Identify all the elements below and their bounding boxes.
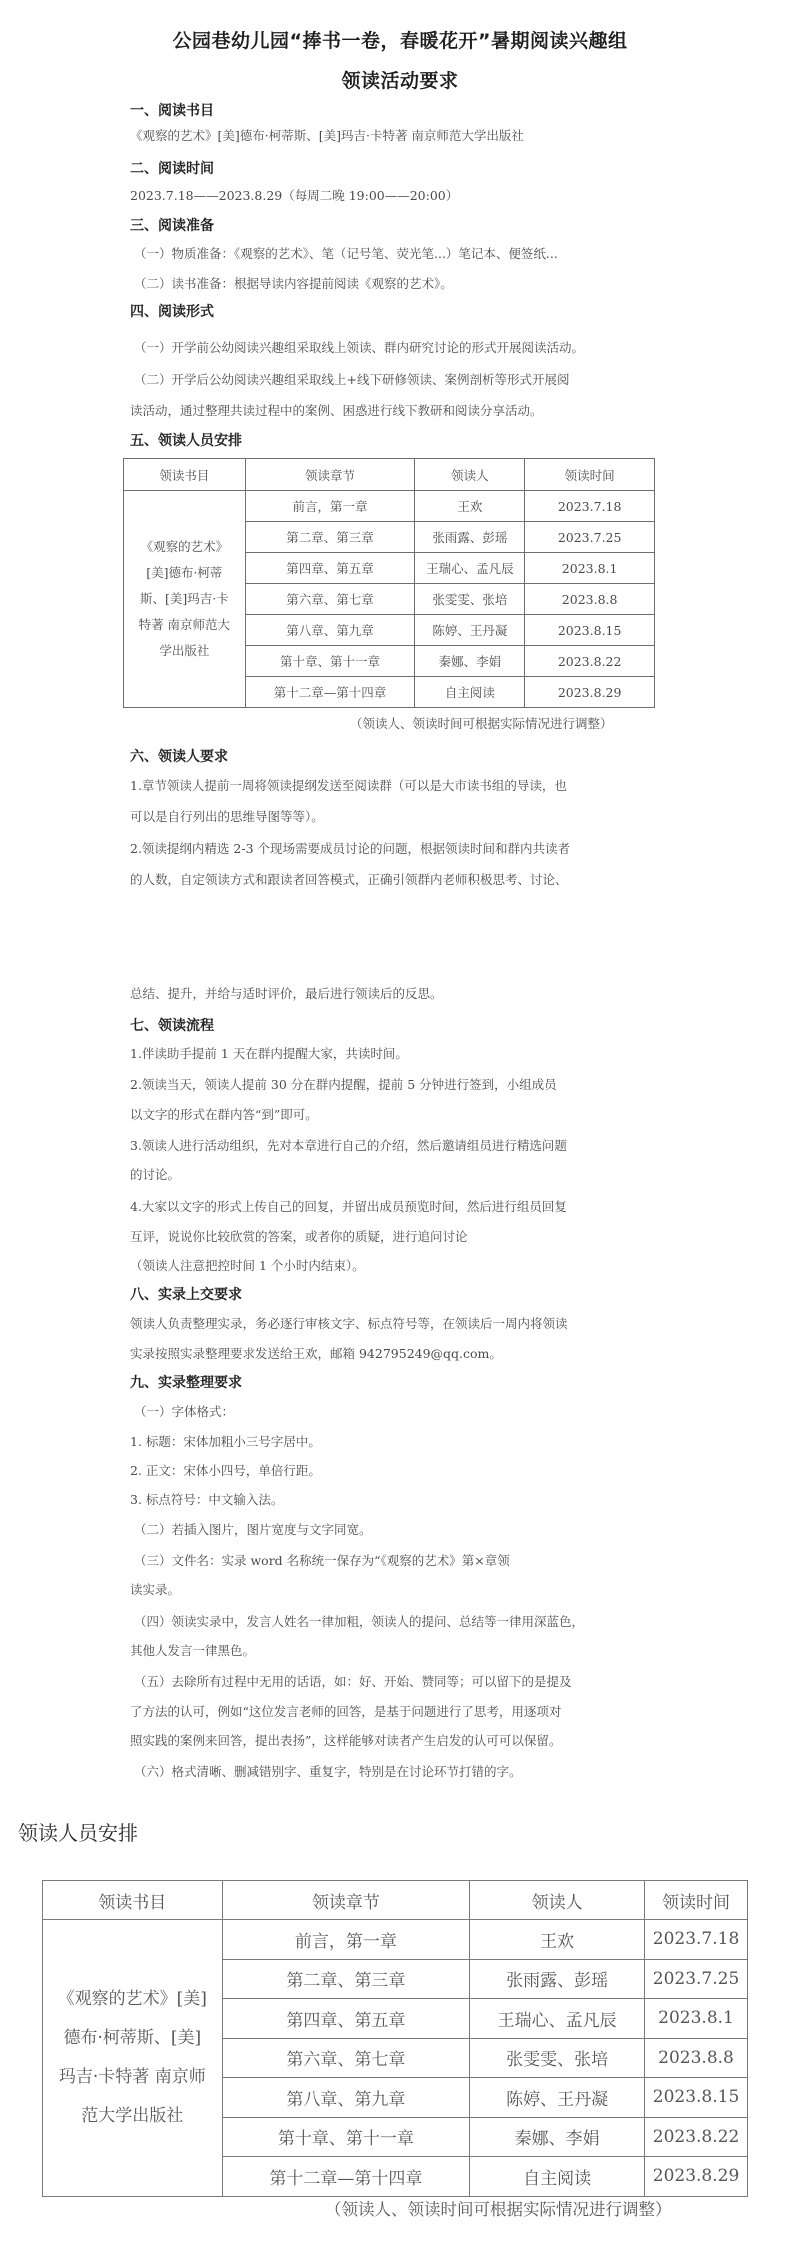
chapter-cell: 第二章、第三章 (222, 1959, 470, 1999)
leader-requirement-line: 总结、提升，并给与适时评价，最后进行领读后的反思。 (130, 984, 670, 1002)
leader-requirement-line: 可以是自行列出的思维导图等等）。 (130, 807, 670, 825)
reader-cell: 王瑞心、孟凡辰 (470, 1999, 645, 2039)
reader-cell: 张雨露、彭瑶 (415, 522, 525, 553)
reader-cell: 陈婷、王丹凝 (415, 615, 525, 646)
chapter-cell: 第十二章—第十四章 (222, 2157, 470, 2197)
date-cell: 2023.8.15 (525, 615, 655, 646)
table-header-row: 领读书目 领读章节 领读人 领读时间 (43, 1881, 748, 1920)
document-title-line1: 公园巷幼儿园“捧书一卷，春暖花开”暑期阅读兴趣组 (0, 26, 800, 53)
section-heading-booklist: 一、阅读书目 (130, 100, 214, 120)
formatting-line: 1. 标题：宋体加粗小三号字居中。 (130, 1432, 670, 1450)
chapter-cell: 第六章、第七章 (245, 584, 415, 615)
chapter-cell: 第十章、第十一章 (222, 2117, 470, 2157)
chapter-cell: 第六章、第七章 (222, 2038, 470, 2078)
header-date: 领读时间 (645, 1881, 748, 1920)
table-row: 《观察的艺术》[美]德布·柯蒂斯、[美]玛吉·卡特著 南京师范大学出版社 前言，… (43, 1920, 748, 1960)
formatting-line: 了方法的认可，例如“这位发言老师的回答，是基于问题进行了思考，用逐项对 (130, 1702, 670, 1720)
reader-cell: 张雯雯、张培 (470, 2038, 645, 2078)
schedule-note: （领读人、领读时间可根据实际情况进行调整） (350, 714, 613, 732)
header-chapter: 领读章节 (222, 1881, 470, 1920)
section-title-schedule-enlarged: 领读人员安排 (18, 1817, 138, 1846)
chapter-cell: 第四章、第五章 (245, 553, 415, 584)
process-line: 2.领读当天，领读人提前 30 分在群内提醒，提前 5 分钟进行签到，小组成员 (130, 1075, 670, 1093)
document-title-line2: 领读活动要求 (0, 66, 800, 93)
section-heading-schedule: 五、领读人员安排 (130, 430, 242, 450)
process-line: 互评，说说你比较欣赏的答案，或者你的质疑，进行追问讨论 (130, 1227, 670, 1245)
chapter-cell: 第八章、第九章 (222, 2078, 470, 2118)
preparation-item: （一）物质准备：《观察的艺术》、笔（记号笔、荧光笔...）笔记本、便签纸... (134, 244, 674, 262)
formatting-line: 3. 标点符号：中文输入法。 (130, 1490, 670, 1508)
header-reader: 领读人 (470, 1881, 645, 1920)
date-cell: 2023.7.25 (645, 1959, 748, 1999)
process-line: （领读人注意把控时间 1 个小时内结束）。 (130, 1256, 670, 1274)
book-cell: 《观察的艺术》[美]德布·柯蒂斯、[美]玛吉·卡特著 南京师范大学出版社 (43, 1920, 223, 2197)
leader-requirement-line: 1.章节领读人提前一周将领读提纲发送至阅读群（可以是大市读书组的导读，也 (130, 776, 670, 794)
formatting-line: （二）若插入图片，图片宽度与文字同宽。 (134, 1520, 674, 1538)
reading-time-text: 2023.7.18——2023.8.29（每周二晚 19:00——20:00） (130, 186, 670, 204)
preparation-item: （二）读书准备：根据导读内容提前阅读《观察的艺术》。 (134, 274, 674, 292)
formatting-line: （一）字体格式： (134, 1402, 674, 1420)
chapter-cell: 第十二章—第十四章 (245, 677, 415, 708)
date-cell: 2023.7.18 (525, 491, 655, 522)
formatting-line: （三）文件名：实录 word 名称统一保存为“《观察的艺术》第×章领 (134, 1551, 674, 1569)
section-heading-preparation: 三、阅读准备 (130, 215, 214, 235)
leader-requirement-line: 的人数，自定领读方式和跟读者回答模式，正确引领群内老师积极思考、讨论、 (130, 870, 670, 888)
formatting-line: （五）去除所有过程中无用的话语，如：好、开始、赞同等；可以留下的是提及 (134, 1672, 674, 1690)
reader-cell: 陈婷、王丹凝 (470, 2078, 645, 2118)
header-chapter: 领读章节 (245, 459, 415, 491)
section-heading-formatting: 九、实录整理要求 (130, 1372, 242, 1392)
process-line: 3.领读人进行活动组织，先对本章进行自己的介绍，然后邀请组员进行精选问题 (130, 1136, 670, 1154)
section-heading-reading-time: 二、阅读时间 (130, 158, 214, 178)
reader-cell: 王欢 (470, 1920, 645, 1960)
submission-line: 实录按照实录整理要求发送给王欢，邮箱 942795249@qq.com。 (130, 1344, 670, 1362)
section-heading-leader-requirements: 六、领读人要求 (130, 746, 228, 766)
date-cell: 2023.7.18 (645, 1920, 748, 1960)
reader-cell: 张雨露、彭瑶 (470, 1959, 645, 1999)
header-reader: 领读人 (415, 459, 525, 491)
reader-cell: 王欢 (415, 491, 525, 522)
header-date: 领读时间 (525, 459, 655, 491)
formatting-line: （六）格式清晰、删减错别字、重复字，特别是在讨论环节打错的字。 (134, 1762, 674, 1780)
chapter-cell: 第十章、第十一章 (245, 646, 415, 677)
chapter-cell: 第八章、第九章 (245, 615, 415, 646)
section-heading-reading-form: 四、阅读形式 (130, 301, 214, 321)
date-cell: 2023.8.1 (645, 1999, 748, 2039)
submission-line: 领读人负责整理实录，务必逐行审核文字、标点符号等，在领读后一周内将领读 (130, 1314, 670, 1332)
date-cell: 2023.7.25 (525, 522, 655, 553)
date-cell: 2023.8.8 (645, 2038, 748, 2078)
table-header-row: 领读书目 领读章节 领读人 领读时间 (124, 459, 655, 491)
date-cell: 2023.8.22 (525, 646, 655, 677)
date-cell: 2023.8.29 (645, 2157, 748, 2197)
chapter-cell: 前言，第一章 (222, 1920, 470, 1960)
table-row: 《观察的艺术》[美]德布·柯蒂斯、[美]玛吉·卡特著 南京师范大学出版社 前言，… (124, 491, 655, 522)
chapter-cell: 前言，第一章 (245, 491, 415, 522)
formatting-line: 照实践的案例来回答，提出表扬”，这样能够对读者产生启发的认可可以保留。 (130, 1731, 670, 1749)
header-book: 领读书目 (124, 459, 246, 491)
leader-requirement-line: 2.领读提纲内精选 2-3 个现场需要成员讨论的问题，根据领读时间和群内共读者 (130, 839, 670, 857)
reader-cell: 张雯雯、张培 (415, 584, 525, 615)
reader-cell: 秦娜、李娟 (470, 2117, 645, 2157)
formatting-line: 其他人发言一律黑色。 (130, 1641, 670, 1659)
process-line: 的讨论。 (130, 1165, 670, 1183)
reader-cell: 自主阅读 (470, 2157, 645, 2197)
process-line: 4.大家以文字的形式上传自己的回复，并留出成员预览时间，然后进行组员回复 (130, 1197, 670, 1215)
chapter-cell: 第四章、第五章 (222, 1999, 470, 2039)
schedule-table-enlarged: 领读书目 领读章节 领读人 领读时间 《观察的艺术》[美]德布·柯蒂斯、[美]玛… (42, 1880, 748, 2197)
process-line: 以文字的形式在群内答“到”即可。 (130, 1105, 670, 1123)
section-heading-submission: 八、实录上交要求 (130, 1284, 242, 1304)
formatting-line: （四）领读实录中，发言人姓名一律加粗，领读人的提问、总结等一律用深蓝色， (134, 1612, 674, 1630)
schedule-table: 领读书目 领读章节 领读人 领读时间 《观察的艺术》[美]德布·柯蒂斯、[美]玛… (123, 458, 655, 708)
formatting-line: 2. 正文：宋体小四号，单倍行距。 (130, 1461, 670, 1479)
process-line: 1.伴读助手提前 1 天在群内提醒大家，共读时间。 (130, 1044, 670, 1062)
date-cell: 2023.8.15 (645, 2078, 748, 2118)
date-cell: 2023.8.29 (525, 677, 655, 708)
schedule-note-enlarged: （领读人、领读时间可根据实际情况进行调整） (325, 2196, 672, 2220)
chapter-cell: 第二章、第三章 (245, 522, 415, 553)
reading-form-item-cont: 读活动，通过整理共读过程中的案例、困惑进行线下教研和阅读分享活动。 (130, 401, 670, 419)
reading-form-item: （一）开学前公幼阅读兴趣组采取线上领读、群内研究讨论的形式开展阅读活动。 (134, 338, 674, 356)
reader-cell: 自主阅读 (415, 677, 525, 708)
reader-cell: 秦娜、李娟 (415, 646, 525, 677)
formatting-line: 读实录。 (130, 1580, 670, 1598)
header-book: 领读书目 (43, 1881, 223, 1920)
date-cell: 2023.8.22 (645, 2117, 748, 2157)
booklist-text: 《观察的艺术》[美]德布·柯蒂斯、[美]玛吉·卡特著 南京师范大学出版社 (130, 126, 670, 144)
reader-cell: 王瑞心、孟凡辰 (415, 553, 525, 584)
date-cell: 2023.8.8 (525, 584, 655, 615)
section-heading-process: 七、领读流程 (130, 1015, 214, 1035)
date-cell: 2023.8.1 (525, 553, 655, 584)
book-cell: 《观察的艺术》[美]德布·柯蒂斯、[美]玛吉·卡特著 南京师范大学出版社 (124, 491, 246, 708)
reading-form-item: （二）开学后公幼阅读兴趣组采取线上+线下研修领读、案例剖析等形式开展阅 (134, 370, 674, 388)
